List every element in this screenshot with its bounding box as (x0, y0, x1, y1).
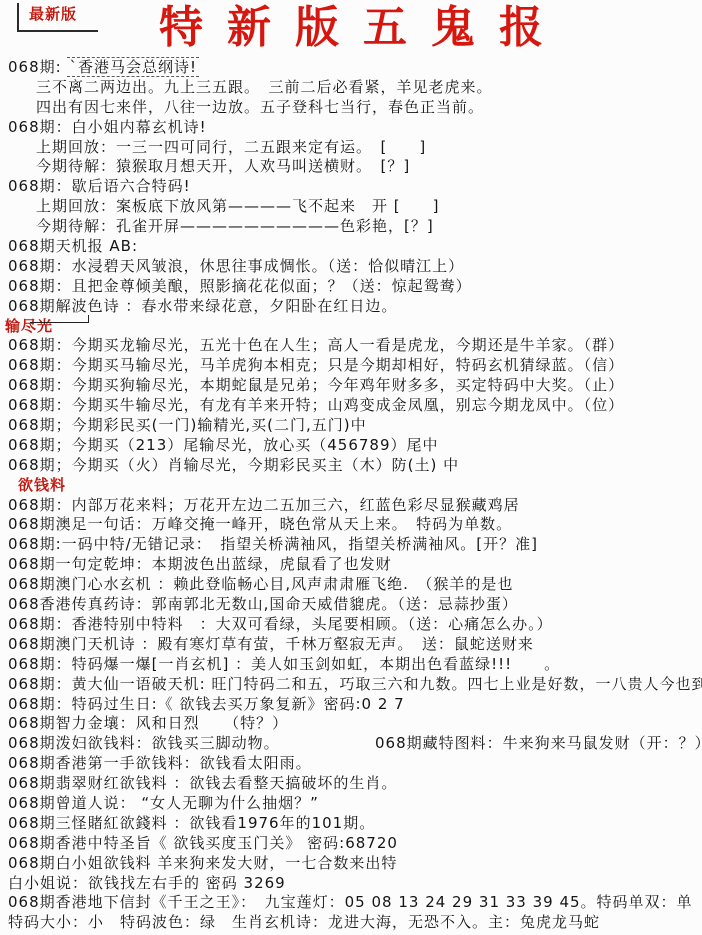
report-line: 068期澳门天机诗 ：殿有寒灯草有萤，千林万壑寂无声。 送：鼠蛇送财来 (0, 635, 702, 655)
report-line-text: 068香港传真药诗：郭南郭北无数山,国命天威借貔虎。（送：忌蒜抄蛋） (8, 595, 518, 613)
report-line-text: 068期：特码过生日:《 欲钱去买万象复新》密码:0 2 7 (8, 695, 405, 713)
section-header-line: 欲钱料 (0, 476, 702, 496)
report-line-text: 068期：水浸碧天风皱浪，休思往事成惆怅。（送：恰似晴江上） (8, 257, 464, 275)
report-line: 068期三怪賭紅欲錢料 ：欲钱看1976年的101期。 (0, 814, 702, 834)
latest-edition-badge: 最新版 (17, 3, 98, 32)
report-line-right-text: 068期藏特图料：牛来狗来马鼠发财（开：？） (375, 734, 702, 754)
report-line: 068期：今期买龙输尽光，五光十色在人生；高人一看是虎龙，今期还是牛羊家。（群） (0, 336, 702, 356)
report-line: 068期：内部万花来料；万花开左边二五加三六，红蓝色彩尽显猴藏鸡居 (0, 496, 702, 516)
report-line: 特码大小：小 特码波色：绿 生肖玄机诗：龙进大海，无恐不入。主：兔虎龙马蛇 (0, 913, 702, 933)
report-line-text: 068期澳门天机诗 ：殿有寒灯草有萤，千林万壑寂无声。 送：鼠蛇送财来 (8, 635, 534, 653)
report-line: 068期香港地下信封《千王之王》： 九宝莲灯：05 08 13 24 29 31… (0, 893, 702, 913)
report-line-text: 068期：白小姐内幕玄机诗! (8, 118, 207, 136)
report-line: 068期：香港特别中特料 ：大双可看绿，头尾要相顾。（送：心痛怎么办。） (0, 615, 702, 635)
report-line-text: 四出有因七来伴，八往一边放。五子登科七当行，春色正当前。 (36, 98, 484, 116)
report-line: 068香港传真药诗：郭南郭北无数山,国命天威借貔虎。（送：忌蒜抄蛋） (0, 595, 702, 615)
report-line-text: 068期；今期买（火）肖输尽光，今期彩民买主（木）防(土) 中 (8, 456, 459, 474)
report-line-text: 068期天机报 AB: (8, 237, 138, 255)
report-line-text: 068期翡翠财红欲钱料 ：欲钱去看整天搞破坏的生肖。 (8, 774, 397, 792)
report-line: 068期: `香港马会总纲诗! (0, 58, 702, 78)
report-line-text: 068期；今期彩民买(一门)输精光,买(二门,五门)中 (8, 416, 367, 434)
report-line-text: 068期：歇后语六合特码! (8, 177, 191, 195)
report-line-text: 068期智力金壤：风和日烈 （特？） (8, 714, 288, 732)
report-line: 今期待解：孔雀开屏——————————色彩艳，[？] (0, 217, 702, 237)
report-line-text: 068期：今期买龙输尽光，五光十色在人生；高人一看是虎龙，今期还是牛羊家。（群） (8, 336, 624, 354)
report-line: 068期：且把金尊倾美酿，照影摘花花似面；？（送：惊起鸳鸯） (0, 277, 702, 297)
report-line-text: 068期香港地下信封《千王之王》： 九宝莲灯：05 08 13 24 29 31… (8, 893, 693, 911)
report-line: 068期澳门心水玄机 ：赖此登临畅心目,风声肃肃雁飞绝. （猴羊的是也 (0, 575, 702, 595)
report-line-text: 今期待解：孔雀开屏——————————色彩艳，[？] (36, 217, 434, 235)
report-header: 最新版 特新版五鬼报 (0, 0, 702, 57)
report-line-text: 068期一句定乾坤：本期波色出蓝绿，虎鼠看了也发财 (8, 555, 392, 573)
report-line-text: 068期；今期买（213）尾输尽光，放心买（456789）尾中 (8, 436, 439, 454)
section-header-line: 输尽光 (0, 317, 702, 337)
boxed-phrase: `香港马会总纲诗! (67, 57, 199, 77)
report-line: 068期白小姐欲钱料 羊来狗来发大财，一七合数来出特 (0, 854, 702, 874)
report-line: 上期回放：案板底下放风第————飞不起来 开 [ ] (0, 197, 702, 217)
report-line: 四出有因七来伴，八往一边放。五子登科七当行，春色正当前。 (0, 98, 702, 118)
report-line-text: 068期香港中特圣旨《 欲钱买度玉门关》 密码:68720 (8, 834, 398, 852)
latest-edition-label: 最新版 (29, 4, 77, 24)
report-line-text: 068期：特码爆一爆[一肖玄机] ：美人如玉剑如虹，本期出色看蓝绿!!! 。 (8, 655, 560, 673)
report-line: 068期天机报 AB: (0, 237, 702, 257)
five-ghost-report-page: 最新版 特新版五鬼报 068期: `香港马会总纲诗!三不离二两边出。九上三五跟。… (0, 0, 702, 935)
report-line: 068期香港中特圣旨《 欲钱买度玉门关》 密码:68720 (0, 834, 702, 854)
report-line-text: 068期：内部万花来料；万花开左边二五加三六，红蓝色彩尽显猴藏鸡居 (8, 496, 520, 514)
report-line-text: 欲钱料 (18, 476, 66, 494)
report-line: 白小姐说：欲钱找左右手的 密码 3269 (0, 874, 702, 894)
report-line-text: 068期白小姐欲钱料 羊来狗来发大财，一七合数来出特 (8, 854, 397, 872)
report-body: 068期: `香港马会总纲诗!三不离二两边出。九上三五跟。 三前二后必看紧，羊见… (0, 57, 702, 933)
report-line: 068期曾道人说： “女人无聊为什么抽烟？” (0, 794, 702, 814)
report-line: 068期解波色诗 ：春水带来绿花意，夕阳卧在红日边。 (0, 297, 702, 317)
report-line: 068期；今期彩民买(一门)输精光,买(二门,五门)中 (0, 416, 702, 436)
report-line: 068期：白小姐内幕玄机诗! (0, 118, 702, 138)
report-line-text: 068期：今期买狗输尽光，本期蛇鼠是兄弟；今年鸡年财多多，买定特码中大奖。（止） (8, 376, 624, 394)
report-line: 068期翡翠财红欲钱料 ：欲钱去看整天搞破坏的生肖。 (0, 774, 702, 794)
report-line-text: 068期曾道人说： “女人无聊为什么抽烟？” (8, 794, 319, 812)
report-line-text: 068期：黄大仙一语破天机: 旺门特码二和五，巧取三六和九数。四七上业是好数，一… (8, 675, 702, 693)
report-line-text: 068期香港第一手欲钱料：欲钱看太阳雨。 (8, 754, 312, 772)
report-line: 068期:一码中特/无错记录： 指望关桥满袖风，指望关桥满袖风。[开？准] (0, 535, 702, 555)
report-line-text: 068期：香港特别中特料 ：大双可看绿，头尾要相顾。（送：心痛怎么办。） (8, 615, 553, 633)
report-line: 068期；今期买（213）尾输尽光，放心买（456789）尾中 (0, 436, 702, 456)
report-line: 今期待解：猿猴取月想天开，人欢马叫送横财。 [？] (0, 157, 702, 177)
report-line-text: 输尽光 (5, 317, 53, 335)
report-line-text: 068期解波色诗 ：春水带来绿花意，夕阳卧在红日边。 (8, 297, 397, 315)
report-line: 三不离二两边出。九上三五跟。 三前二后必看紧，羊见老虎来。 (0, 78, 702, 98)
page-title: 特新版五鬼报 (0, 0, 702, 56)
report-line-text: 068期三怪賭紅欲錢料 ：欲钱看1976年的101期。 (8, 814, 375, 832)
report-line: 068期：水浸碧天风皱浪，休思往事成惆怅。（送：恰似晴江上） (0, 257, 702, 277)
report-line-text: 特码大小：小 特码波色：绿 生肖玄机诗：龙进大海，无恐不入。主：兔虎龙马蛇 (8, 913, 600, 931)
report-line-text: 068期:一码中特/无错记录： 指望关桥满袖风，指望关桥满袖风。[开？准] (8, 535, 538, 553)
report-line: 068期：黄大仙一语破天机: 旺门特码二和五，巧取三六和九数。四七上业是好数，一… (0, 675, 702, 695)
report-line: 068期：歇后语六合特码! (0, 177, 702, 197)
report-line: 068期智力金壤：风和日烈 （特？） (0, 714, 702, 734)
report-line: 068期一句定乾坤：本期波色出蓝绿，虎鼠看了也发财 (0, 555, 702, 575)
report-line-text: 今期待解：猿猴取月想天开，人欢马叫送横财。 [？] (36, 157, 410, 175)
report-line: 上期回放：一三一四可同行，二五跟来定有运。 [ ] (0, 138, 702, 158)
report-line: 068期：特码过生日:《 欲钱去买万象复新》密码:0 2 7 (0, 695, 702, 715)
report-line-text: 上期回放：案板底下放风第————飞不起来 开 [ ] (36, 197, 439, 215)
report-line-text: 三不离二两边出。九上三五跟。 三前二后必看紧，羊见老虎来。 (36, 78, 493, 96)
report-line: 068期：今期买狗输尽光，本期蛇鼠是兄弟；今年鸡年财多多，买定特码中大奖。（止） (0, 376, 702, 396)
report-line: 068期：特码爆一爆[一肖玄机] ：美人如玉剑如虹，本期出色看蓝绿!!! 。 (0, 655, 702, 675)
report-line: 068期：今期买牛输尽光，有龙有羊来开特；山鸡变成金凤凰，别忘今期龙凤中。（位） (0, 396, 702, 416)
report-line: 068期澳足一句话：万峰交掩一峰开，晓色常从天上来。 特码为单数。 (0, 515, 702, 535)
report-line: 068期；今期买（火）肖输尽光，今期彩民买主（木）防(土) 中 (0, 456, 702, 476)
report-line-text: 068期：今期买马输尽光，马羊虎狗本相克；只是今期却相好，特码玄机猜绿蓝。（信） (8, 356, 624, 374)
report-line-text: 上期回放：一三一四可同行，二五跟来定有运。 [ ] (36, 138, 426, 156)
report-line-text: 068期: (8, 58, 67, 76)
report-line: 068期泼妇欲钱料：欲钱买三脚动物。068期藏特图料：牛来狗来马鼠发财（开：？） (0, 734, 702, 754)
report-line-text: 068期：且把金尊倾美酿，照影摘花花似面；？（送：惊起鸳鸯） (8, 277, 472, 295)
report-line-text: 068期澳足一句话：万峰交掩一峰开，晓色常从天上来。 特码为单数。 (8, 515, 512, 533)
report-line-text: 068期澳门心水玄机 ：赖此登临畅心目,风声肃肃雁飞绝. （猴羊的是也 (8, 575, 513, 593)
report-line: 068期香港第一手欲钱料：欲钱看太阳雨。 (0, 754, 702, 774)
report-line-text: 068期泼妇欲钱料：欲钱买三脚动物。 (8, 734, 280, 752)
report-line-text: 白小姐说：欲钱找左右手的 密码 3269 (8, 874, 286, 892)
report-line-text: 068期：今期买牛输尽光，有龙有羊来开特；山鸡变成金凤凰，别忘今期龙凤中。（位） (8, 396, 624, 414)
report-line: 068期：今期买马输尽光，马羊虎狗本相克；只是今期却相好，特码玄机猜绿蓝。（信） (0, 356, 702, 376)
